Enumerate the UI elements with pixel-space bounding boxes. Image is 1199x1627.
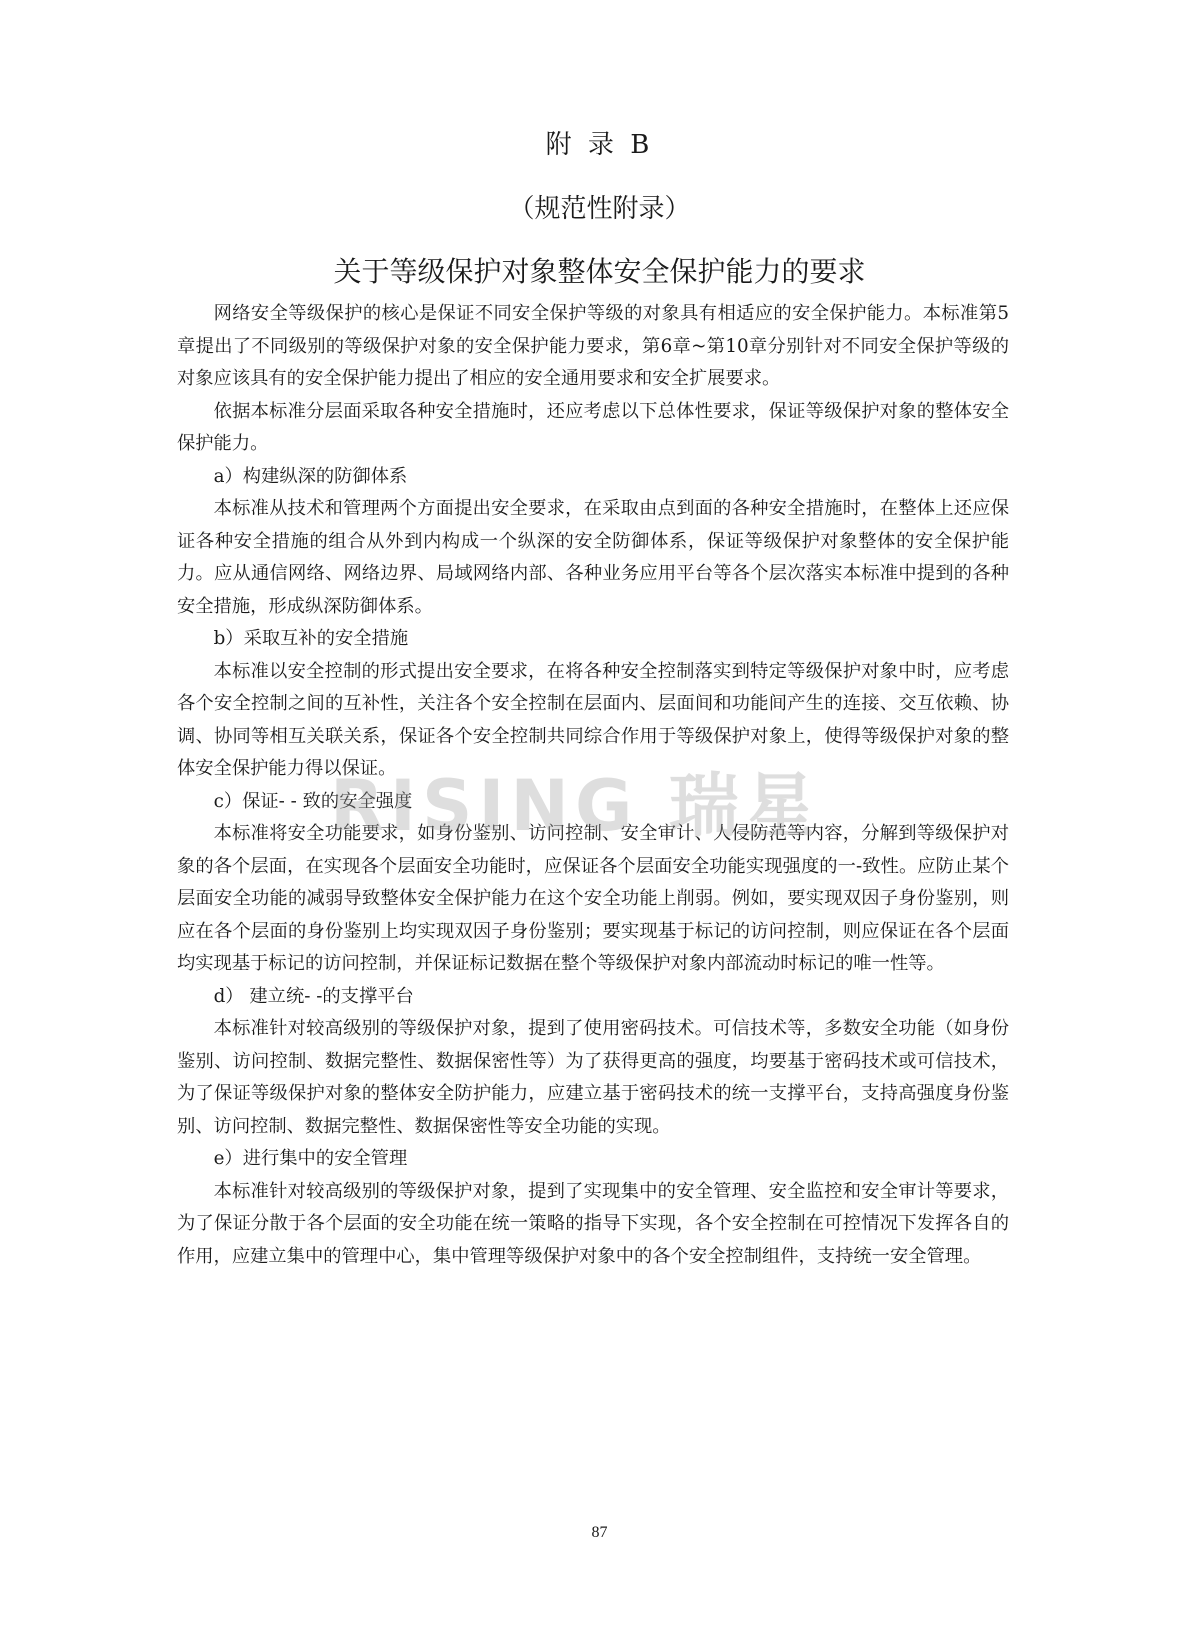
- page-title: 关于等级保护对象整体安全保护能力的要求: [0, 250, 1199, 290]
- item-heading-a: a）构建纵深的防御体系: [177, 461, 1009, 494]
- item-heading-d: d） 建立统- -的支撑平台: [177, 981, 1009, 1014]
- appendix-heading: 附 录 B: [0, 124, 1199, 161]
- paragraph-d: 本标准针对较高级别的等级保护对象，提到了使用密码技术。可信技术等，多数安全功能（…: [177, 1013, 1009, 1143]
- paragraph-e: 本标准针对较高级别的等级保护对象，提到了实现集中的安全管理、安全监控和安全审计等…: [177, 1176, 1009, 1274]
- page-number: 87: [0, 1524, 1199, 1542]
- paragraph-a: 本标准从技术和管理两个方面提出安全要求，在采取由点到面的各种安全措施时，在整体上…: [177, 493, 1009, 623]
- paragraph-b: 本标准以安全控制的形式提出安全要求，在将各种安全控制落实到特定等级保护对象中时，…: [177, 656, 1009, 786]
- paragraph-c: 本标准将安全功能要求，如身份鉴别、访问控制、安全审计、人侵防范等内容，分解到等级…: [177, 818, 1009, 981]
- paragraph-intro: 网络安全等级保护的核心是保证不同安全保护等级的对象具有相适应的安全保护能力。本标…: [177, 298, 1009, 396]
- document-body: 网络安全等级保护的核心是保证不同安全保护等级的对象具有相适应的安全保护能力。本标…: [177, 298, 1009, 1273]
- appendix-type: （规范性附录）: [0, 188, 1199, 225]
- item-heading-b: b）采取互补的安全措施: [177, 623, 1009, 656]
- paragraph-overall: 依据本标准分层面采取各种安全措施时，还应考虑以下总体性要求，保证等级保护对象的整…: [177, 396, 1009, 461]
- document-page: 附 录 B （规范性附录） 关于等级保护对象整体安全保护能力的要求 网络安全等级…: [0, 0, 1199, 1627]
- item-heading-c: c）保证- - 致的安全强度: [177, 786, 1009, 819]
- item-heading-e: e）进行集中的安全管理: [177, 1143, 1009, 1176]
